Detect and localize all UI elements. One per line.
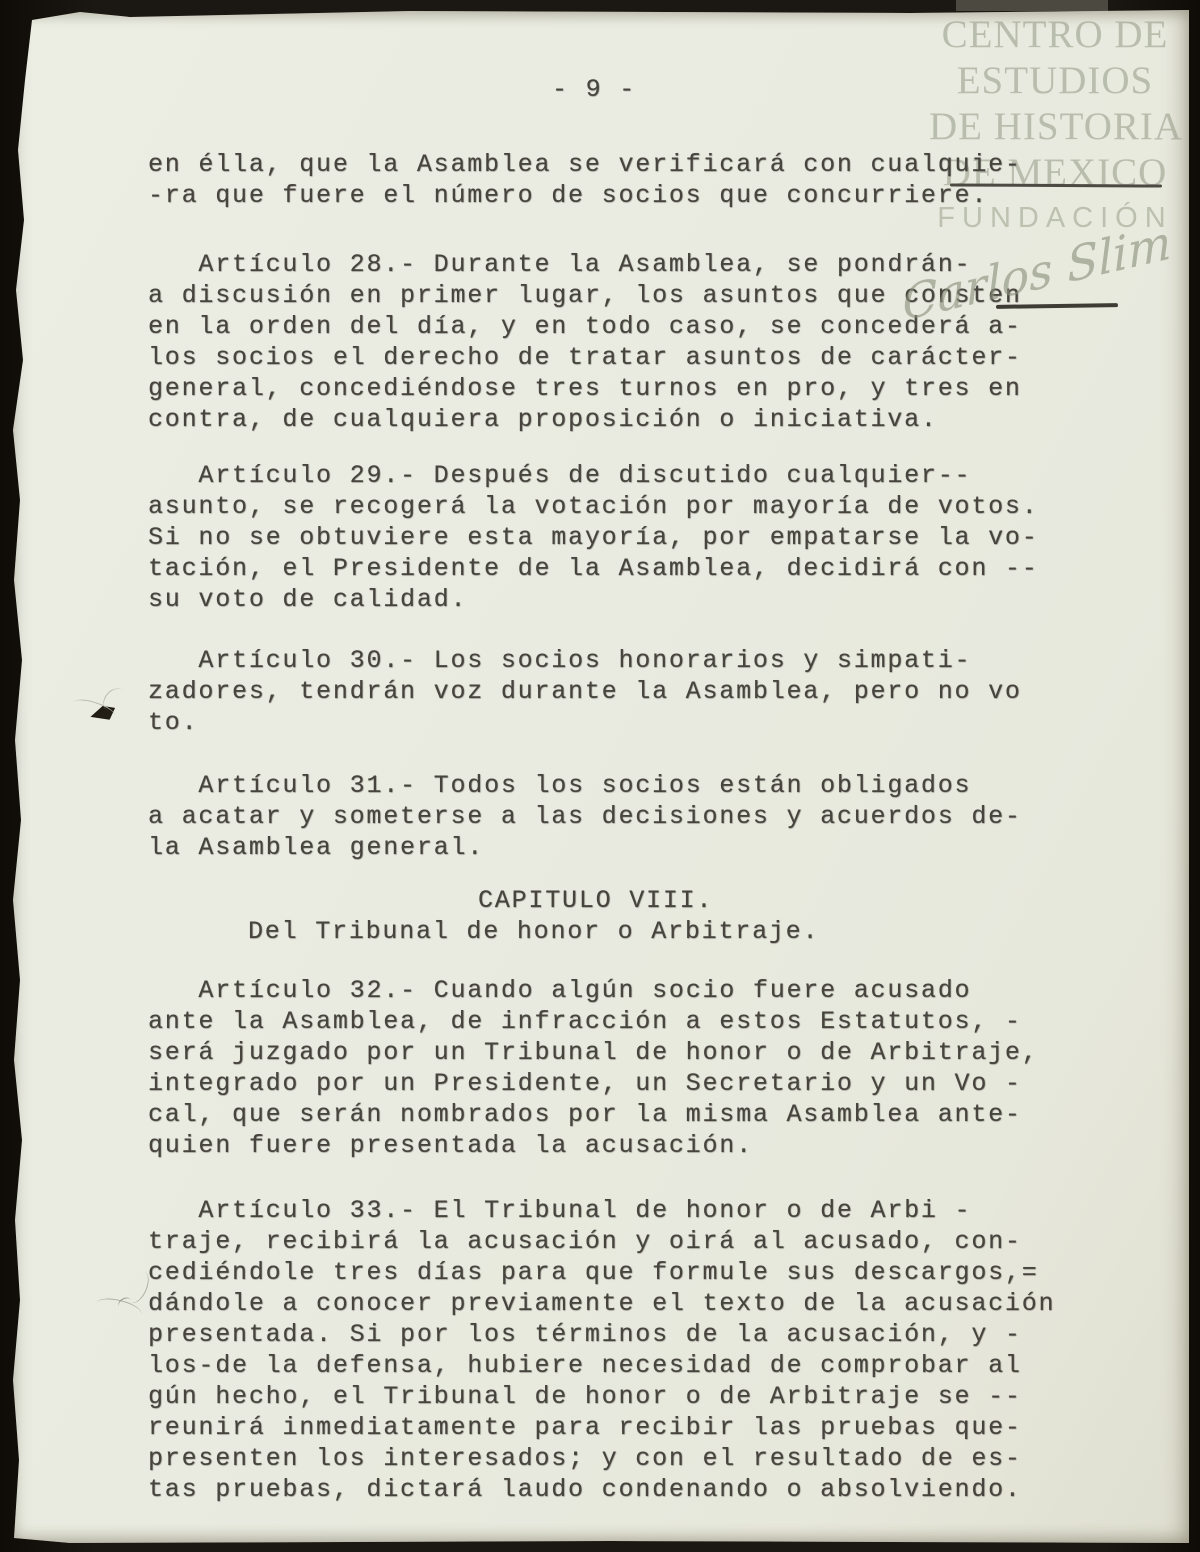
- chapter-subtitle: Del Tribunal de honor o Arbitraje.: [148, 916, 1128, 947]
- chapter-heading: CAPITULO VIII. Del Tribunal de honor o A…: [148, 885, 1128, 947]
- page-number: - 9 -: [552, 74, 1128, 105]
- paragraph-articulo-31: Artículo 31.- Todos los socios están obl…: [148, 770, 1128, 863]
- paragraph-articulo-29: Artículo 29.- Después de discutido cualq…: [148, 460, 1128, 615]
- document-page: CENTRO DE ESTUDIOS DE HISTORIA DE MEXICO…: [10, 10, 1189, 1543]
- watermark-line: CENTRO DE: [929, 12, 1181, 58]
- paragraph-articulo-30: Artículo 30.- Los socios honorarios y si…: [148, 645, 1128, 738]
- scan-background: CENTRO DE ESTUDIOS DE HISTORIA DE MEXICO…: [0, 0, 1200, 1552]
- paragraph-articulo-33: Artículo 33.- El Tribunal de honor o de …: [148, 1195, 1128, 1505]
- chapter-title: CAPITULO VIII.: [148, 885, 1128, 916]
- paragraph-continuation: en élla, que la Asamblea se verificará c…: [148, 149, 1128, 211]
- paper-tear: [90, 706, 116, 721]
- scanner-glint: [956, 0, 1108, 11]
- paragraph-articulo-32: Artículo 32.- Cuando algún socio fuere a…: [148, 975, 1128, 1161]
